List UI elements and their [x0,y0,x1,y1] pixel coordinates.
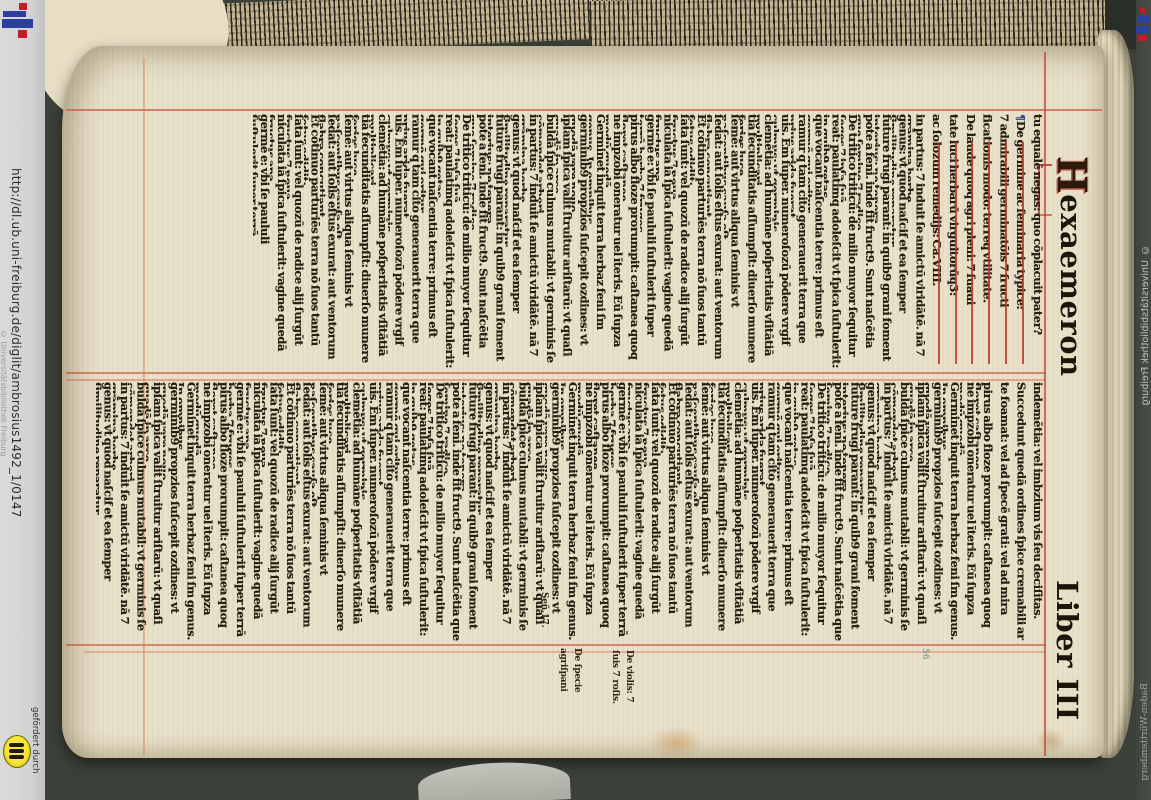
text-line-lower: De tritico triticū: de milio muyor ſequi… [810,382,827,642]
text-line-lower: ſemē: aut virtus aliqua ſeminis vt naſce… [694,382,711,642]
text-line-lower: Succedunt quedā ordines ſpice cremabili … [1009,382,1026,642]
rubrication-stroke [988,142,990,364]
registration-mark [1136,26,1149,33]
text-line-upper: uis. Em ſuper. numeroſozū pōdere vrgif c… [388,114,405,368]
registration-mark [18,30,27,38]
pilcrow-mark: ¶ [1014,114,1026,121]
text-line-upper: Germinet inquit terra herbaz feni ſm gen… [589,114,606,368]
running-title-rest: exaemeron [1054,194,1088,376]
text-line-lower: ramur q tam cito generauerit terra que p… [379,382,396,642]
text-line-lower: ipſam ſpica valit ſtruitur ariſtarū: vt … [910,382,927,642]
text-line-upper: ne impzobi oneratur uel īteris. Eū ſupza… [606,114,623,368]
text-line-lower: indemētia: vel imbzium vis ſeu deciſitas… [1026,382,1043,642]
marginal-note: De violis: 7 [624,650,634,712]
text-line-upper: ſedat: aut ſolis eſtus exurat: aut vento… [320,114,337,368]
text-line-lower: clemētia: ad humāne poſperitatis vſitāti… [345,382,362,642]
text-line-lower: uis. Em ſuper. numeroſozū pōdere vrgif c… [362,382,379,642]
text-line-lower: in partus: 7 induit ſe amictū viridātē. … [877,382,894,642]
text-line-lower: pirus albo floze prorumpit: caſtanea quo… [213,382,230,642]
ruling-vertical-header [1044,52,1046,756]
text-line-lower: germē e: vbi ſe paululi ſuſtulerit ſuper… [229,382,246,642]
copyright-text: © Universitätsbibliothek Freiburg [0,330,8,600]
text-line-lower: De tritico triticū: de milio muyor ſequi… [428,382,445,642]
text-line-upper: pote a feni. inde fit fruct9. Sunt naſcē… [472,114,489,368]
source-url-text: http://dl.ub.uni-freiburg.de/diglit/ambr… [9,168,23,708]
text-line-upper: genus: vt quod naſcif et ea ſemper ſimil… [505,114,522,368]
registration-mark [1137,16,1149,23]
registration-mark [3,11,26,17]
text-line-lower: clemētia: ad humāne poſperitatis vſitāti… [727,382,744,642]
text-line-upper: ſata ſunt: vel quozū de radice alij ſurg… [673,114,690,368]
text-line-lower: ſemē: aut virtus aliqua ſeminis vt naſce… [312,382,329,642]
text-line-lower: ne impzobi oneratur uel īteris. Eū ſupza… [196,382,213,642]
text-line-lower: genus: vt quod naſcif et ea ſemper ſimil… [860,382,877,642]
text-line-lower: Et cōtinuo parturiēs terra nō ſuos tantū… [279,382,296,642]
text-line-upper: in partus: 7 induit ſe amictū viridātē. … [522,114,539,368]
page-holder-strap [417,759,571,800]
rubrication-stroke [971,142,973,364]
text-line-upper: germinib9 propzios ſuſcepit ozdines: vt … [572,114,589,368]
text-line-upper: reat: paulatimq adoleſcit vt ſpica ſuſtu… [824,114,841,368]
registration-mark [1140,8,1145,13]
watermark-copyright-mirrored: © Universitätsbibliothek Freiburg [1140,246,1151,576]
registration-mark [2,19,33,28]
text-line-lower: uis. Em ſuper. numeroſozū pōdere vrgif c… [744,382,761,642]
text-line-upper: pirus albo floze prorumpit: caſtanea quo… [623,114,640,368]
text-line-lower: Et cōtinuo parturiēs terra nō ſuos tantū… [661,382,678,642]
text-line-lower: ne impzobi oneratur uel īteris. Eū ſupza… [578,382,595,642]
frame-url-strip: http://dl.ub.uni-freiburg.de/diglit/ambr… [0,0,45,800]
text-line-lower: pirus albo floze prorumpit: caſtanea quo… [594,382,611,642]
text-line-upper: buldā ſpice culmus mutabil: vt germinis … [539,114,556,368]
text-line-lower: reat: paulatimq adoleſcit vt ſpica ſuſtu… [794,382,811,642]
text-line-lower: germinib9 propzios ſuſcepit ozdines: vt … [926,382,943,642]
text-line-lower: Germinet inquit terra herbaz feni ſm gen… [943,382,960,642]
rubrication-stroke [1022,142,1024,364]
funding-coat-of-arms-logo [3,735,31,768]
text-line-lower: Germinet inquit terra herbaz feni ſm gen… [179,382,196,642]
text-line-lower: buldā ſpice culmus mutabil: vt germinis … [893,382,910,642]
text-line-lower: germinib9 propzios ſuſcepit ozdines: vt … [545,382,562,642]
text-line-lower: genus: vt quod naſcif et ea ſemper ſimil… [96,382,113,603]
text-line-lower: niculata iā ſpica ſuſtulerit: vagine que… [246,382,263,642]
text-line-lower: que vocant naſcentia terre: primus eſt g… [777,382,794,642]
text-line-lower: niculata iā ſpica ſuſtulerit: vagine que… [628,382,645,642]
text-line-upper: Et cōtinuo parturiēs terra nō ſuos tantū… [304,114,321,368]
text-line-lower: future frugi parant: in quib9 grani fome… [843,382,860,642]
text-line-upper: clemētia: ad humāne poſperitatis vſitāti… [371,114,388,368]
text-line-lower: ſedat: aut ſolis eſtus exurat: aut vento… [677,382,694,642]
ruling-mid-2 [66,379,1046,381]
ruling-top [66,109,1102,111]
text-line-upper: que vocant naſcentia terre: primus eſt g… [808,114,825,368]
text-line-lower: ſedat: aut ſolis eſtus exurat: aut vento… [296,382,313,642]
text-line-lower: germē e: vbi ſe paululi ſuſtulerit ſuper… [611,382,628,642]
text-line-upper: ſemē: aut virtus aliqua ſeminis vt naſce… [337,114,354,368]
text-line-upper: Et cōtinuo parturiēs terra nō ſuos tantū… [690,114,707,368]
text-line-upper: De tritico triticū: de milio muyor ſequi… [455,114,472,368]
text-line-upper: clemētia: ad humāne poſperitatis vſitāti… [757,114,774,368]
text-line-upper: ſedat: aut ſolis eſtus exurat: aut vento… [707,114,724,368]
frame-edge-strip: © Universitätsbibliothek Freiburg Baden-… [1136,0,1151,800]
text-line-upper: genus: vt quod naſcif et ea ſemper ſimil… [892,114,909,368]
text-line-lower: Germinet inquit terra herbaz feni ſm gen… [561,382,578,642]
text-line-lower: tiā fecunditatis aſſumpſit: diuerſo mune… [329,382,346,642]
text-line-lower: in partus: 7 induit ſe amictū viridātē. … [113,382,130,642]
text-line-upper: uis. Em ſuper. numeroſozū pōdere vrgif c… [774,114,791,368]
text-line-lower: genus: vt quod naſcif et ea ſemper ſimil… [478,382,495,642]
text-line-lower: te foamat: vel ad ſpecē grati: vel ad mi… [993,382,1010,642]
text-line-upper: De tritico triticū: de milio muyor ſequi… [841,114,858,368]
marginal-note: agriſpani [558,648,568,706]
text-line-lower: ramur q tam cito generauerit terra que p… [760,382,777,642]
running-title-initial: H [1048,156,1095,194]
text-line-upper: tiā fecunditatis aſſumpſit: diuerſo mune… [354,114,371,368]
text-line-upper: ramur q tam cito generauerit terra que p… [404,114,421,368]
text-line-lower: pote a feni. inde fit fruct9. Sunt naſcē… [827,382,844,642]
text-line-upper: in partus: 7 induit ſe amictū viridātē. … [908,114,925,368]
text-line-upper: reat: paulatimq adoleſcit vt ſpica ſuſtu… [438,114,455,368]
pencil-annotation: 56 [920,648,930,670]
page-stain [648,726,704,760]
text-line-lower: ſata ſunt: vel quozū de radice alij ſurg… [262,382,279,642]
text-line-lower: buldā ſpice culmus mutabil: vt germinis … [511,382,528,642]
text-line-lower: in partus: 7 induit ſe amictū viridātē. … [495,382,512,642]
text-line-upper: niculata iā ſpica ſuſtulerit: vagine que… [270,114,287,368]
text-line-upper: ramur q tam cito generauerit terra que p… [791,114,808,368]
text-line-lower: reat: paulatimq adoleſcit vt ſpica ſuſtu… [412,382,429,642]
text-line-upper: que vocant naſcentia terre: primus eſt g… [421,114,438,368]
text-line-lower: buldā ſpice culmus mutabil: vt germinis … [130,382,147,642]
text-line-upper: pote a feni. inde fit fruct9. Sunt naſcē… [858,114,875,368]
text-line-upper: ipſam ſpica valit ſtruitur ariſtarū: vt … [556,114,573,368]
text-line-upper: germē e: vbi ſe paululi ſuſtulerit ſuper… [640,114,657,368]
rubrication-stroke [938,142,940,364]
book-number-label: Liber III [1050,580,1084,798]
text-line-lower: tiā fecunditatis aſſumpſit: diuerſo mune… [711,382,728,642]
ruling-mid-1 [66,372,1046,374]
text-line-lower: ipſam ſpica valit ſtruitur ariſtarū: vt … [146,382,163,642]
marginal-note: ſuis 7 roſis. [610,650,620,712]
rubrication-stroke [1005,142,1007,364]
registration-mark [19,3,27,10]
text-line-lower: ſata ſunt: vel quozū de radice alij ſurg… [644,382,661,642]
running-title: Hexaemeron [1048,156,1095,496]
ruling-bottom-1 [66,644,1046,646]
text-line-lower: germinib9 propzios ſuſcepit ozdines: vt … [163,382,180,642]
registration-mark [1138,35,1147,41]
text-line-upper: tu equalē negas: quo cōplacuit pater? [1026,114,1043,368]
text-line-upper: future frugi parant: in quib9 grani fome… [875,114,892,368]
text-line-lower: que vocant naſcentia terre: primus eſt g… [395,382,412,642]
text-line-upper: tiā fecunditatis aſſumpſit: diuerſo mune… [740,114,757,368]
text-line-lower: pirus albo floze prorumpit: caſtanea quo… [976,382,993,642]
region-label-mirrored: Baden-Württemberg [1139,683,1150,798]
funding-label: gefördert durch [30,707,40,797]
text-line-lower: ne impzobi oneratur uel īteris. Eū ſupza… [960,382,977,642]
text-line-upper: germē e: vbi ſe paululi ſuſtulerit ſuper… [253,114,270,271]
rubrication-stroke [955,142,957,364]
text-line-lower: pote a feni. inde fit fruct9. Sunt naſcē… [445,382,462,642]
text-line-lower: ipſam ſpica valit ſtruitur ariſtarū: vt … [528,382,545,642]
text-line-upper: ſata ſunt: vel quozū de radice alij ſurg… [287,114,304,368]
text-line-upper: future frugi parant: in quib9 grani fome… [488,114,505,368]
text-line-upper: niculata iā ſpica ſuſtulerit: vagine que… [656,114,673,368]
text-line-lower: future frugi parant: in quib9 grani fome… [462,382,479,642]
marginal-note: De ſpecie [572,648,582,706]
text-line-upper: ſemē: aut virtus aliqua ſeminis vt naſce… [724,114,741,368]
scan-viewport: Hexaemeron Liber III Señ.17. De ſpecie a… [0,0,1151,800]
